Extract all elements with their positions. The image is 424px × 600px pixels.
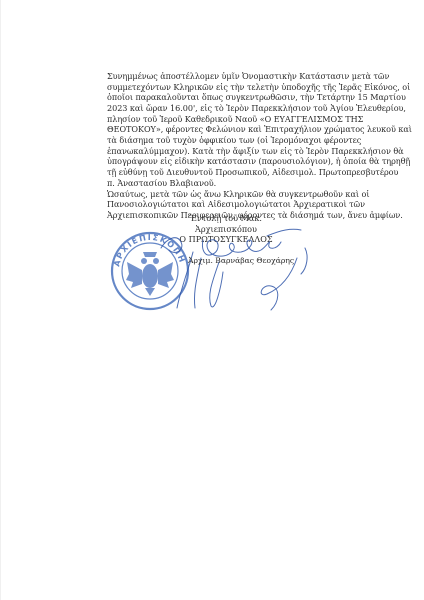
text-line: ἐπανωκαλύμμαχον). Κατὰ τὴν ἄφιξίν των εἰ… (81, 146, 360, 157)
text-line: Πανοσιολογιώτατοι καὶ Αἰδεσιμολογιώτατοι… (81, 199, 360, 210)
text-line: συμμετεχόντων Κληρικῶν εἰς τὴν τελετὴν ὑ… (81, 82, 360, 93)
text-line: 2023 καὶ ὥραν 16.00', εἰς τὸ Ἱερὸν Παρεκ… (81, 103, 360, 114)
text-line: π. Ἀναστασίου Βλαβιανοῦ. (81, 178, 360, 189)
signer-name: Ἀρχιμ. Βαρνάβας Θεοχάρης (188, 256, 294, 265)
text-line: τὰ διάσημα τοῦ τυχὸν ὀφφικίου των (οἱ Ἱε… (81, 135, 360, 146)
handwritten-signature-icon (141, 228, 331, 318)
text-line: πλησίον τοῦ Ἱεροῦ Καθεδρικοῦ Ναοῦ «Ο ΕΥΑ… (81, 114, 360, 125)
text-line: τῇ εὐθύνῃ τοῦ Διευθυντοῦ Προσωπικοῦ, Αἰδ… (81, 167, 360, 178)
text-line: ὁποῖοι παρακαλοῦνται ὅπως συγκεντρωθῶσιν… (81, 92, 360, 103)
paragraph-1: Συνημμένως ἀποστέλλομεν ὑμῖν Ὀνομαστικὴν… (81, 71, 360, 188)
letter-body: Συνημμένως ἀποστέλλομεν ὑμῖν Ὀνομαστικὴν… (81, 71, 360, 221)
text-line: Ὡσαύτως, μετὰ τῶν ὡς ἄνω Κληρικῶν θὰ συγ… (81, 189, 360, 200)
text-line: ΘΕΟΤΟΚΟΥ», φέροντες Φελώνιον καὶ Ἐπιτραχ… (81, 124, 360, 135)
text-line: Συνημμένως ἀποστέλλομεν ὑμῖν Ὀνομαστικὴν… (81, 71, 360, 82)
text-line: ὑπογράψουν εἰς εἰδικὴν κατάστασιν (παρου… (81, 156, 360, 167)
document-page: Συνημμένως ἀποστέλλομεν ὑμῖν Ὀνομαστικὴν… (0, 0, 424, 600)
